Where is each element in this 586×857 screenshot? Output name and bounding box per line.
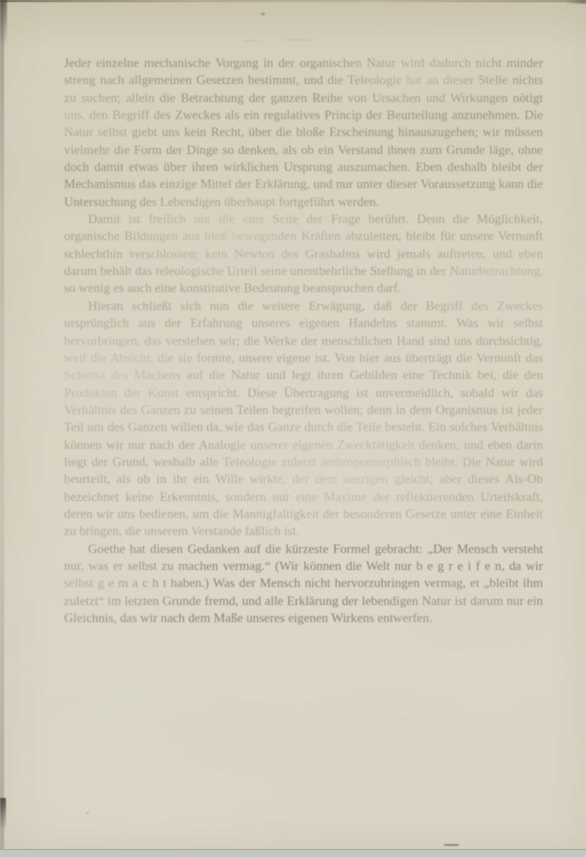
scan-corner-top-right xyxy=(564,0,586,4)
paragraph: Damit ist freilich nur die eine Seite de… xyxy=(64,211,543,298)
scanned-page: — — Jeder einzelne mechanische Vorgang i… xyxy=(0,0,586,857)
page-number-dash-left: — xyxy=(243,33,258,49)
scan-edge-left xyxy=(0,0,4,857)
scan-mark-bottom-left xyxy=(0,798,6,828)
scanner-bed-strip xyxy=(0,849,586,857)
page-number-dash-right: — xyxy=(286,32,315,48)
scan-corner-top-left xyxy=(0,0,7,46)
paragraph: Goethe hat diesen Gedanken auf die kürze… xyxy=(64,541,543,628)
scan-edge-top xyxy=(0,0,586,2)
faded-text-block: Jeder einzelne mechanische Vorgang in de… xyxy=(64,55,543,777)
page-number-area: — — xyxy=(0,30,586,50)
paragraph: Hieran schließt sich nun die weitere Erw… xyxy=(64,298,543,541)
paragraph: Jeder einzelne mechanische Vorgang in de… xyxy=(64,55,543,211)
ink-smudge-bottom-right xyxy=(444,844,459,846)
ink-speck xyxy=(86,812,89,814)
ink-speck xyxy=(261,13,265,15)
